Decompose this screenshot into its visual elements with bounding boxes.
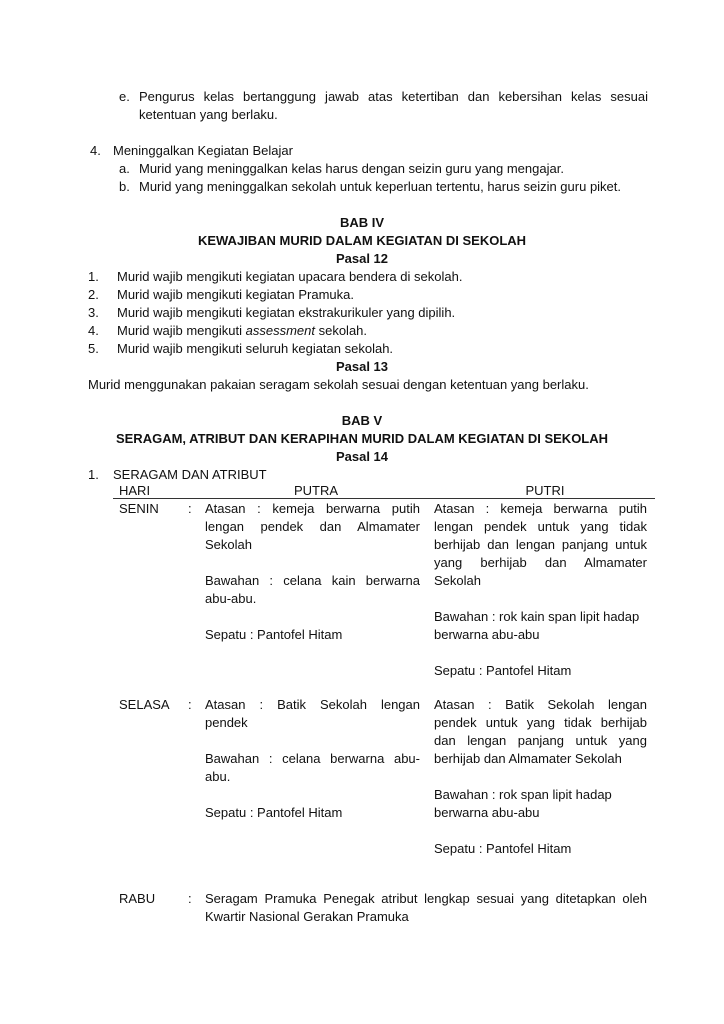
chapter-title: KEWAJIBAN MURID DALAM KEGIATAN DI SEKOLA… bbox=[0, 232, 724, 250]
text-line: Bawahan : celana kain berwarna bbox=[205, 572, 420, 590]
colon: : bbox=[188, 890, 192, 908]
list-marker: 1. bbox=[88, 466, 99, 484]
chapter-heading: BAB V bbox=[0, 412, 724, 430]
colon: : bbox=[188, 500, 192, 518]
list-marker: 4. bbox=[88, 322, 99, 340]
header-rule bbox=[113, 498, 655, 499]
list-marker: 1. bbox=[88, 268, 99, 286]
day-label: SELASA bbox=[119, 696, 170, 714]
list-item-text: Murid wajib mengikuti kegiatan ekstrakur… bbox=[117, 304, 455, 322]
list-item-text: Murid wajib mengikuti kegiatan upacara b… bbox=[117, 268, 462, 286]
text-line: pendek bbox=[205, 714, 420, 732]
list-item-text: Murid wajib mengikuti kegiatan Pramuka. bbox=[117, 286, 354, 304]
text-line: lengan pendek untuk yang tidak bbox=[434, 518, 647, 536]
article-heading: Pasal 13 bbox=[0, 358, 724, 376]
text-line: Sekolah bbox=[205, 536, 420, 554]
text-line: Atasan : Batik Sekolah lengan bbox=[434, 696, 647, 714]
putra-cell: Atasan : kemeja berwarna putih lengan pe… bbox=[205, 500, 420, 644]
section-marker: 4. bbox=[90, 142, 101, 160]
italic-term: assessment bbox=[246, 323, 315, 338]
text-line: abu-abu. bbox=[205, 590, 420, 608]
text-line: Sepatu : Pantofel Hitam bbox=[434, 840, 647, 858]
article-heading: Pasal 12 bbox=[0, 250, 724, 268]
colon: : bbox=[188, 696, 192, 714]
text-line: Atasan : kemeja berwarna putih bbox=[434, 500, 647, 518]
list-marker: 2. bbox=[88, 286, 99, 304]
list-item-text: ketentuan yang berlaku. bbox=[139, 106, 278, 124]
text-line: Sepatu : Pantofel Hitam bbox=[205, 626, 420, 644]
text-line: berhijab dan Almamater Sekolah bbox=[434, 750, 647, 768]
text-line: Sekolah bbox=[434, 572, 647, 590]
text-line: Sepatu : Pantofel Hitam bbox=[205, 804, 420, 822]
section-title: Meninggalkan Kegiatan Belajar bbox=[113, 142, 293, 160]
text-line: berhijab dan lengan panjang untuk bbox=[434, 536, 647, 554]
text-line: Atasan : Batik Sekolah lengan bbox=[205, 696, 420, 714]
text-line: Bawahan : rok kain span lipit hadap bbox=[434, 608, 647, 626]
putri-cell: Atasan : kemeja berwarna putih lengan pe… bbox=[434, 500, 647, 680]
text-line: Bawahan : rok span lipit hadap bbox=[434, 786, 647, 804]
text-line: abu. bbox=[205, 768, 420, 786]
text-line: dan lengan panjang untuk yang bbox=[434, 732, 647, 750]
list-marker: 3. bbox=[88, 304, 99, 322]
putri-cell: Atasan : Batik Sekolah lengan pendek unt… bbox=[434, 696, 647, 858]
text-line: pendek untuk yang tidak berhijab bbox=[434, 714, 647, 732]
list-marker: 5. bbox=[88, 340, 99, 358]
list-item-text: Murid yang meninggalkan sekolah untuk ke… bbox=[139, 178, 621, 196]
article-heading: Pasal 14 bbox=[0, 448, 724, 466]
text-segment: Murid wajib mengikuti bbox=[117, 323, 246, 338]
text-line: berwarna abu-abu bbox=[434, 626, 647, 644]
text-line: yang berhijab dan Almamater bbox=[434, 554, 647, 572]
text-line: berwarna abu-abu bbox=[434, 804, 647, 822]
paragraph: Murid menggunakan pakaian seragam sekola… bbox=[88, 376, 589, 394]
day-label: SENIN bbox=[119, 500, 159, 518]
text-line: Kwartir Nasional Gerakan Pramuka bbox=[205, 908, 647, 926]
text-line: Seragam Pramuka Penegak atribut lengkap … bbox=[205, 890, 647, 908]
list-marker: a. bbox=[119, 160, 130, 178]
list-item-text: Murid wajib mengikuti seluruh kegiatan s… bbox=[117, 340, 393, 358]
text-segment: sekolah. bbox=[315, 323, 367, 338]
text-line: Bawahan : celana berwarna abu- bbox=[205, 750, 420, 768]
list-marker: b. bbox=[119, 178, 130, 196]
text-line: lengan pendek dan Almamater bbox=[205, 518, 420, 536]
combined-cell: Seragam Pramuka Penegak atribut lengkap … bbox=[205, 890, 647, 926]
text-line: Atasan : kemeja berwarna putih bbox=[205, 500, 420, 518]
list-item-text: Pengurus kelas bertanggung jawab atas ke… bbox=[139, 88, 648, 106]
chapter-title: SERAGAM, ATRIBUT DAN KERAPIHAN MURID DAL… bbox=[0, 430, 724, 448]
day-label: RABU bbox=[119, 890, 155, 908]
chapter-heading: BAB IV bbox=[0, 214, 724, 232]
list-item-text: Murid wajib mengikuti assessment sekolah… bbox=[117, 322, 367, 340]
putra-cell: Atasan : Batik Sekolah lengan pendek Baw… bbox=[205, 696, 420, 822]
text-line: Sepatu : Pantofel Hitam bbox=[434, 662, 647, 680]
list-marker: e. bbox=[119, 88, 130, 106]
list-item-text: Murid yang meninggalkan kelas harus deng… bbox=[139, 160, 564, 178]
